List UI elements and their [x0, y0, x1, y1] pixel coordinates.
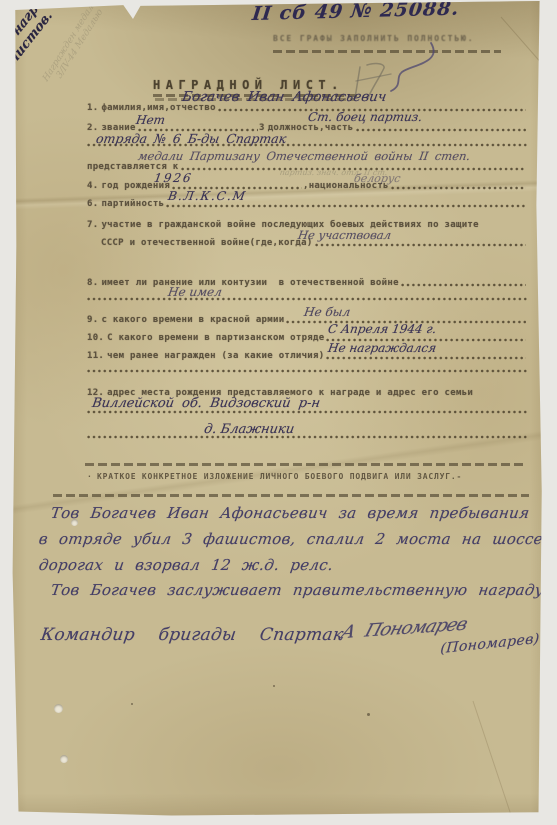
field-number: 10. — [87, 333, 104, 343]
notice-underline — [273, 50, 501, 53]
dotted-leader — [401, 283, 526, 287]
field-number: 11. — [87, 351, 104, 361]
punch-hole — [71, 519, 78, 526]
field-number: 7. — [87, 220, 98, 230]
scan-background: II сб 49 № 25088. ВСЕ ГРАФЫ ЗАПОЛНИТЬ ПО… — [0, 0, 557, 825]
section-separator-top — [85, 463, 527, 466]
field-label-previous-awards: чем ранее награжден (за какие отличия) — [107, 351, 324, 361]
dotted-leader — [87, 369, 527, 373]
dotted-leader — [87, 435, 527, 439]
summary-text-line4: Тов Богачев заслуживает правительственну… — [50, 581, 545, 599]
summary-text-line2: в отряде убил 3 фашистов, спалил 2 моста… — [38, 530, 557, 548]
punch-hole — [54, 704, 63, 713]
paper-speck — [367, 713, 370, 716]
paper-speck — [273, 685, 275, 687]
field-row-previous-awards: 11. чем ранее награжден (за какие отличи… — [87, 350, 527, 361]
value-nationality: белорус — [353, 172, 401, 185]
field-number: 8. — [87, 278, 98, 288]
field-label-civil-war-cont: СССР и отечественной войне(где,когда) — [101, 238, 313, 248]
summary-text-line3: дорогах и взорвал 12 ж.д. релс. — [38, 556, 335, 574]
value-award: медали Партизану Отечественной войны II … — [137, 149, 471, 163]
value-party: В.Л.К.С.М — [167, 189, 248, 203]
value-civil-war: Не участвовал — [297, 228, 392, 242]
dotted-leader — [87, 297, 527, 301]
fill-all-fields-notice: ВСЕ ГРАФЫ ЗАПОЛНИТЬ ПОЛНОСТЬЮ. — [273, 34, 475, 43]
value-previous-awards: Не награждался — [327, 341, 437, 355]
field-number: 9. — [87, 315, 98, 325]
signature-autograph: А Пономарев — [339, 614, 470, 643]
field-label-party: партийность — [101, 199, 164, 209]
field-row-party: 6. партийность — [87, 198, 527, 209]
punch-hole — [60, 755, 68, 763]
dotted-leader — [356, 128, 527, 132]
value-address-line1: Виллейской об. Видзовский р-н — [91, 396, 321, 411]
field-label-partisan-since: С какого времени в партизанском отряде — [107, 333, 324, 343]
value-birth-year: 1926 — [153, 171, 194, 185]
field-row-wounds: 8. имеет ли ранение или контузии в отече… — [87, 277, 527, 288]
summary-heading: КРАТКОЕ КОНКРЕТНОЕ ИЗЛОЖЕНИЕ ЛИЧНОГО БОЕ… — [97, 472, 462, 481]
value-position-cont: отряда № 6 Б-ды Спартак — [95, 131, 287, 146]
field-number: 1. — [87, 103, 98, 113]
signature-title: Командир бригады Спартак — [40, 625, 345, 645]
registration-number: II сб 49 № 25088. — [251, 0, 461, 25]
field-label-red-army: с какого времени в красной армии — [101, 315, 284, 325]
value-address-line2: д. Блажники — [203, 422, 295, 437]
summary-bullet: · — [87, 472, 93, 481]
value-wounds: Не имел — [167, 285, 223, 299]
dotted-leader — [326, 356, 526, 360]
field-label-civil-war: участие в гражданской войне последующих … — [101, 220, 478, 230]
dotted-leader — [315, 243, 526, 247]
field-label-wounds: имеет ли ранение или контузии в отечеств… — [101, 278, 398, 288]
value-red-army: Не был — [303, 305, 351, 319]
dotted-leader — [391, 186, 526, 190]
field-row-partisan-since: 10. С какого времени в партизанском отря… — [87, 332, 527, 343]
value-rank: Нет — [135, 113, 166, 127]
value-name: Богачев Иван Афонасьевич — [181, 89, 388, 105]
award-sheet-page: II сб 49 № 25088. ВСЕ ГРАФЫ ЗАПОЛНИТЬ ПО… — [11, 1, 546, 818]
value-partisan-since: С Апреля 1944 г. — [327, 322, 437, 336]
value-position: Ст. боец партиз. — [307, 110, 423, 124]
section-separator-bottom — [53, 494, 529, 497]
summary-text-line1: Тов Богачев Иван Афонасьевич за время пр… — [50, 504, 531, 522]
field-number: 4. — [87, 181, 98, 191]
dotted-leader — [166, 204, 526, 208]
field-number: 6. — [87, 199, 98, 209]
paper-speck — [131, 703, 133, 705]
